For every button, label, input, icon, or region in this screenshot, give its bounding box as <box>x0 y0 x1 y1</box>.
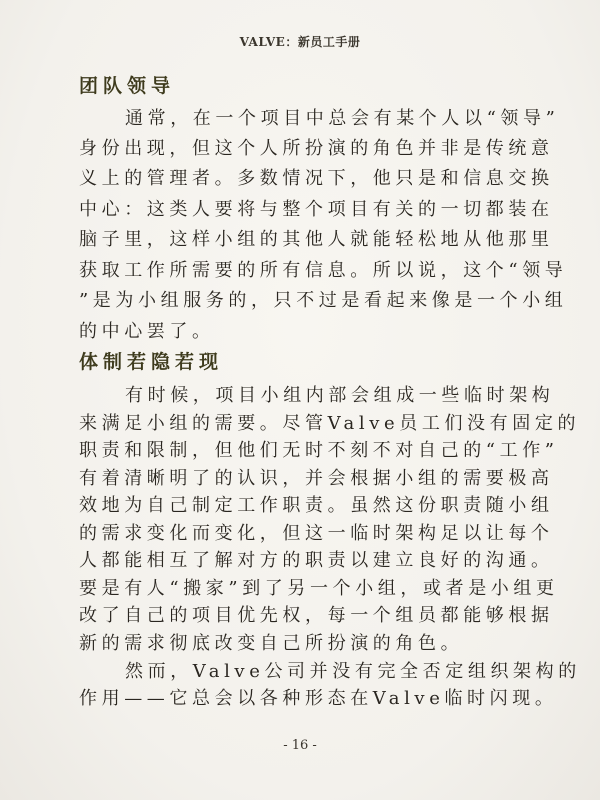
paragraph-line: 中心：这类人要将与整个项目有关的一切都装在 <box>79 195 469 221</box>
paragraph-line: 脑子里，这样小组的其他人就能轻松地从他那里 <box>79 225 469 251</box>
page-number: - 16 - <box>0 738 600 753</box>
paragraph-line: 效地为自己制定工作职责。虽然这份职责随小组 <box>79 491 469 517</box>
paragraph-line: 然而，Valve公司并没有完全否定组织架构的 <box>125 657 515 683</box>
paragraph-line: 来满足小组的需要。尽管Valve员工们没有固定的 <box>79 409 469 435</box>
paragraph-line: 通常，在一个项目中总会有某个人以“领导” <box>125 104 515 130</box>
paragraph-line: 要是有人“搬家”到了另一个小组，或者是小组更 <box>79 574 469 600</box>
paragraph-line: 作用——它总会以各种形态在Valve临时闪现。 <box>79 684 469 710</box>
paragraph-line: 新的需求彻底改变自己所扮演的角色。 <box>79 629 469 655</box>
running-header: VALVE：新员工手册 <box>0 33 600 50</box>
paragraph-line: 有着清晰明了的认识，并会根据小组的需要极高 <box>79 464 469 490</box>
paragraph-line: 职责和限制，但他们无时不刻不对自己的“工作” <box>79 436 469 462</box>
paragraph-line: 有时候，项目小组内部会组成一些临时架构 <box>125 381 515 407</box>
paragraph-line: 的中心罢了。 <box>79 317 469 343</box>
section-heading-team-leadership: 团队领导 <box>79 71 175 98</box>
paragraph-line: 的需求变化而变化，但这一临时架构足以让每个 <box>79 519 469 545</box>
paragraph-line: 人都能相互了解对方的职责以建立良好的沟通。 <box>79 546 469 572</box>
paragraph-line: 义上的管理者。多数情况下，他只是和信息交换 <box>79 164 469 190</box>
section-heading-structure: 体制若隐若现 <box>79 347 223 374</box>
paragraph-line: ”是为小组服务的，只不过是看起来像是一个小组 <box>79 286 469 312</box>
book-page: VALVE：新员工手册 团队领导 通常，在一个项目中总会有某个人以“领导” 身份… <box>0 0 600 800</box>
paragraph-line: 获取工作所需要的所有信息。所以说，这个“领导 <box>79 256 469 282</box>
paragraph-line: 改了自己的项目优先权，每一个组员都能够根据 <box>79 601 469 627</box>
paragraph-line: 身份出现，但这个人所扮演的角色并非是传统意 <box>79 134 469 160</box>
